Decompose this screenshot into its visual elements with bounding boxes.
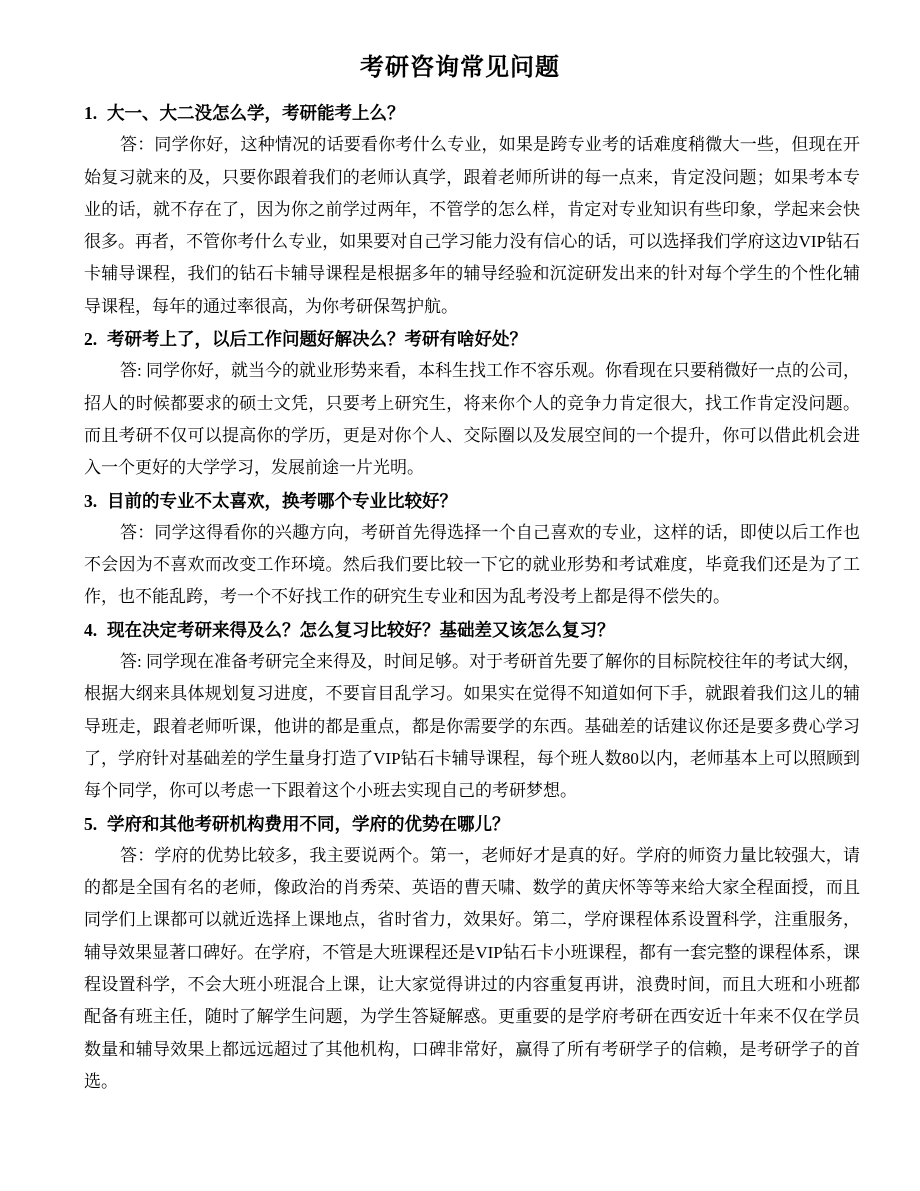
question-line: 5.学府和其他考研机构费用不同，学府的优势在哪儿？ (84, 808, 860, 840)
faq-item-3: 3.目前的专业不太喜欢，换考哪个专业比较好？ 答：同学这得看你的兴趣方向，考研首… (84, 485, 860, 614)
answer-text: 答：学府的优势比较多，我主要说两个。第一，老师好才是真的好。学府的师资力量比较强… (84, 840, 860, 1098)
faq-item-1: 1.大一、大二没怎么学，考研能考上么？ 答：同学你好，这种情况的话要看你考什么专… (84, 97, 860, 323)
question-line: 2.考研考上了，以后工作问题好解决么？考研有啥好处？ (84, 323, 860, 355)
question-line: 4.现在决定考研来得及么？怎么复习比较好？基础差又该怎么复习？ (84, 614, 860, 646)
question-text: 学府和其他考研机构费用不同，学府的优势在哪儿？ (107, 814, 510, 834)
question-number: 5. (84, 808, 107, 840)
faq-item-5: 5.学府和其他考研机构费用不同，学府的优势在哪儿？ 答：学府的优势比较多，我主要… (84, 808, 860, 1099)
answer-text: 答：同学这得看你的兴趣方向，考研首先得选择一个自己喜欢的专业，这样的话，即使以后… (84, 517, 860, 614)
question-number: 4. (84, 614, 107, 646)
question-number: 2. (84, 323, 107, 355)
question-line: 3.目前的专业不太喜欢，换考哪个专业比较好？ (84, 485, 860, 517)
faq-item-2: 2.考研考上了，以后工作问题好解决么？考研有啥好处？ 答: 同学你好，就当今的就… (84, 323, 860, 484)
question-line: 1.大一、大二没怎么学，考研能考上么？ (84, 97, 860, 129)
answer-text: 答: 同学你好，就当今的就业形势来看，本科生找工作不容乐观。你看现在只要稍微好一… (84, 355, 860, 484)
question-text: 目前的专业不太喜欢，换考哪个专业比较好？ (107, 491, 457, 511)
document-title: 考研咨询常见问题 (60, 52, 860, 84)
question-text: 大一、大二没怎么学，考研能考上么？ (107, 103, 405, 123)
answer-text: 答：同学你好，这种情况的话要看你考什么专业，如果是跨专业考的话难度稍微大一些，但… (84, 129, 860, 323)
question-text: 考研考上了，以后工作问题好解决么？考研有啥好处？ (107, 329, 527, 349)
question-number: 3. (84, 485, 107, 517)
question-number: 1. (84, 97, 107, 129)
document-page: 考研咨询常见问题 1.大一、大二没怎么学，考研能考上么？ 答：同学你好，这种情况… (0, 0, 920, 1191)
faq-item-4: 4.现在决定考研来得及么？怎么复习比较好？基础差又该怎么复习？ 答: 同学现在准… (84, 614, 860, 808)
question-text: 现在决定考研来得及么？怎么复习比较好？基础差又该怎么复习？ (107, 620, 615, 640)
answer-text: 答: 同学现在准备考研完全来得及，时间足够。对于考研首先要了解你的目标院校往年的… (84, 646, 860, 807)
